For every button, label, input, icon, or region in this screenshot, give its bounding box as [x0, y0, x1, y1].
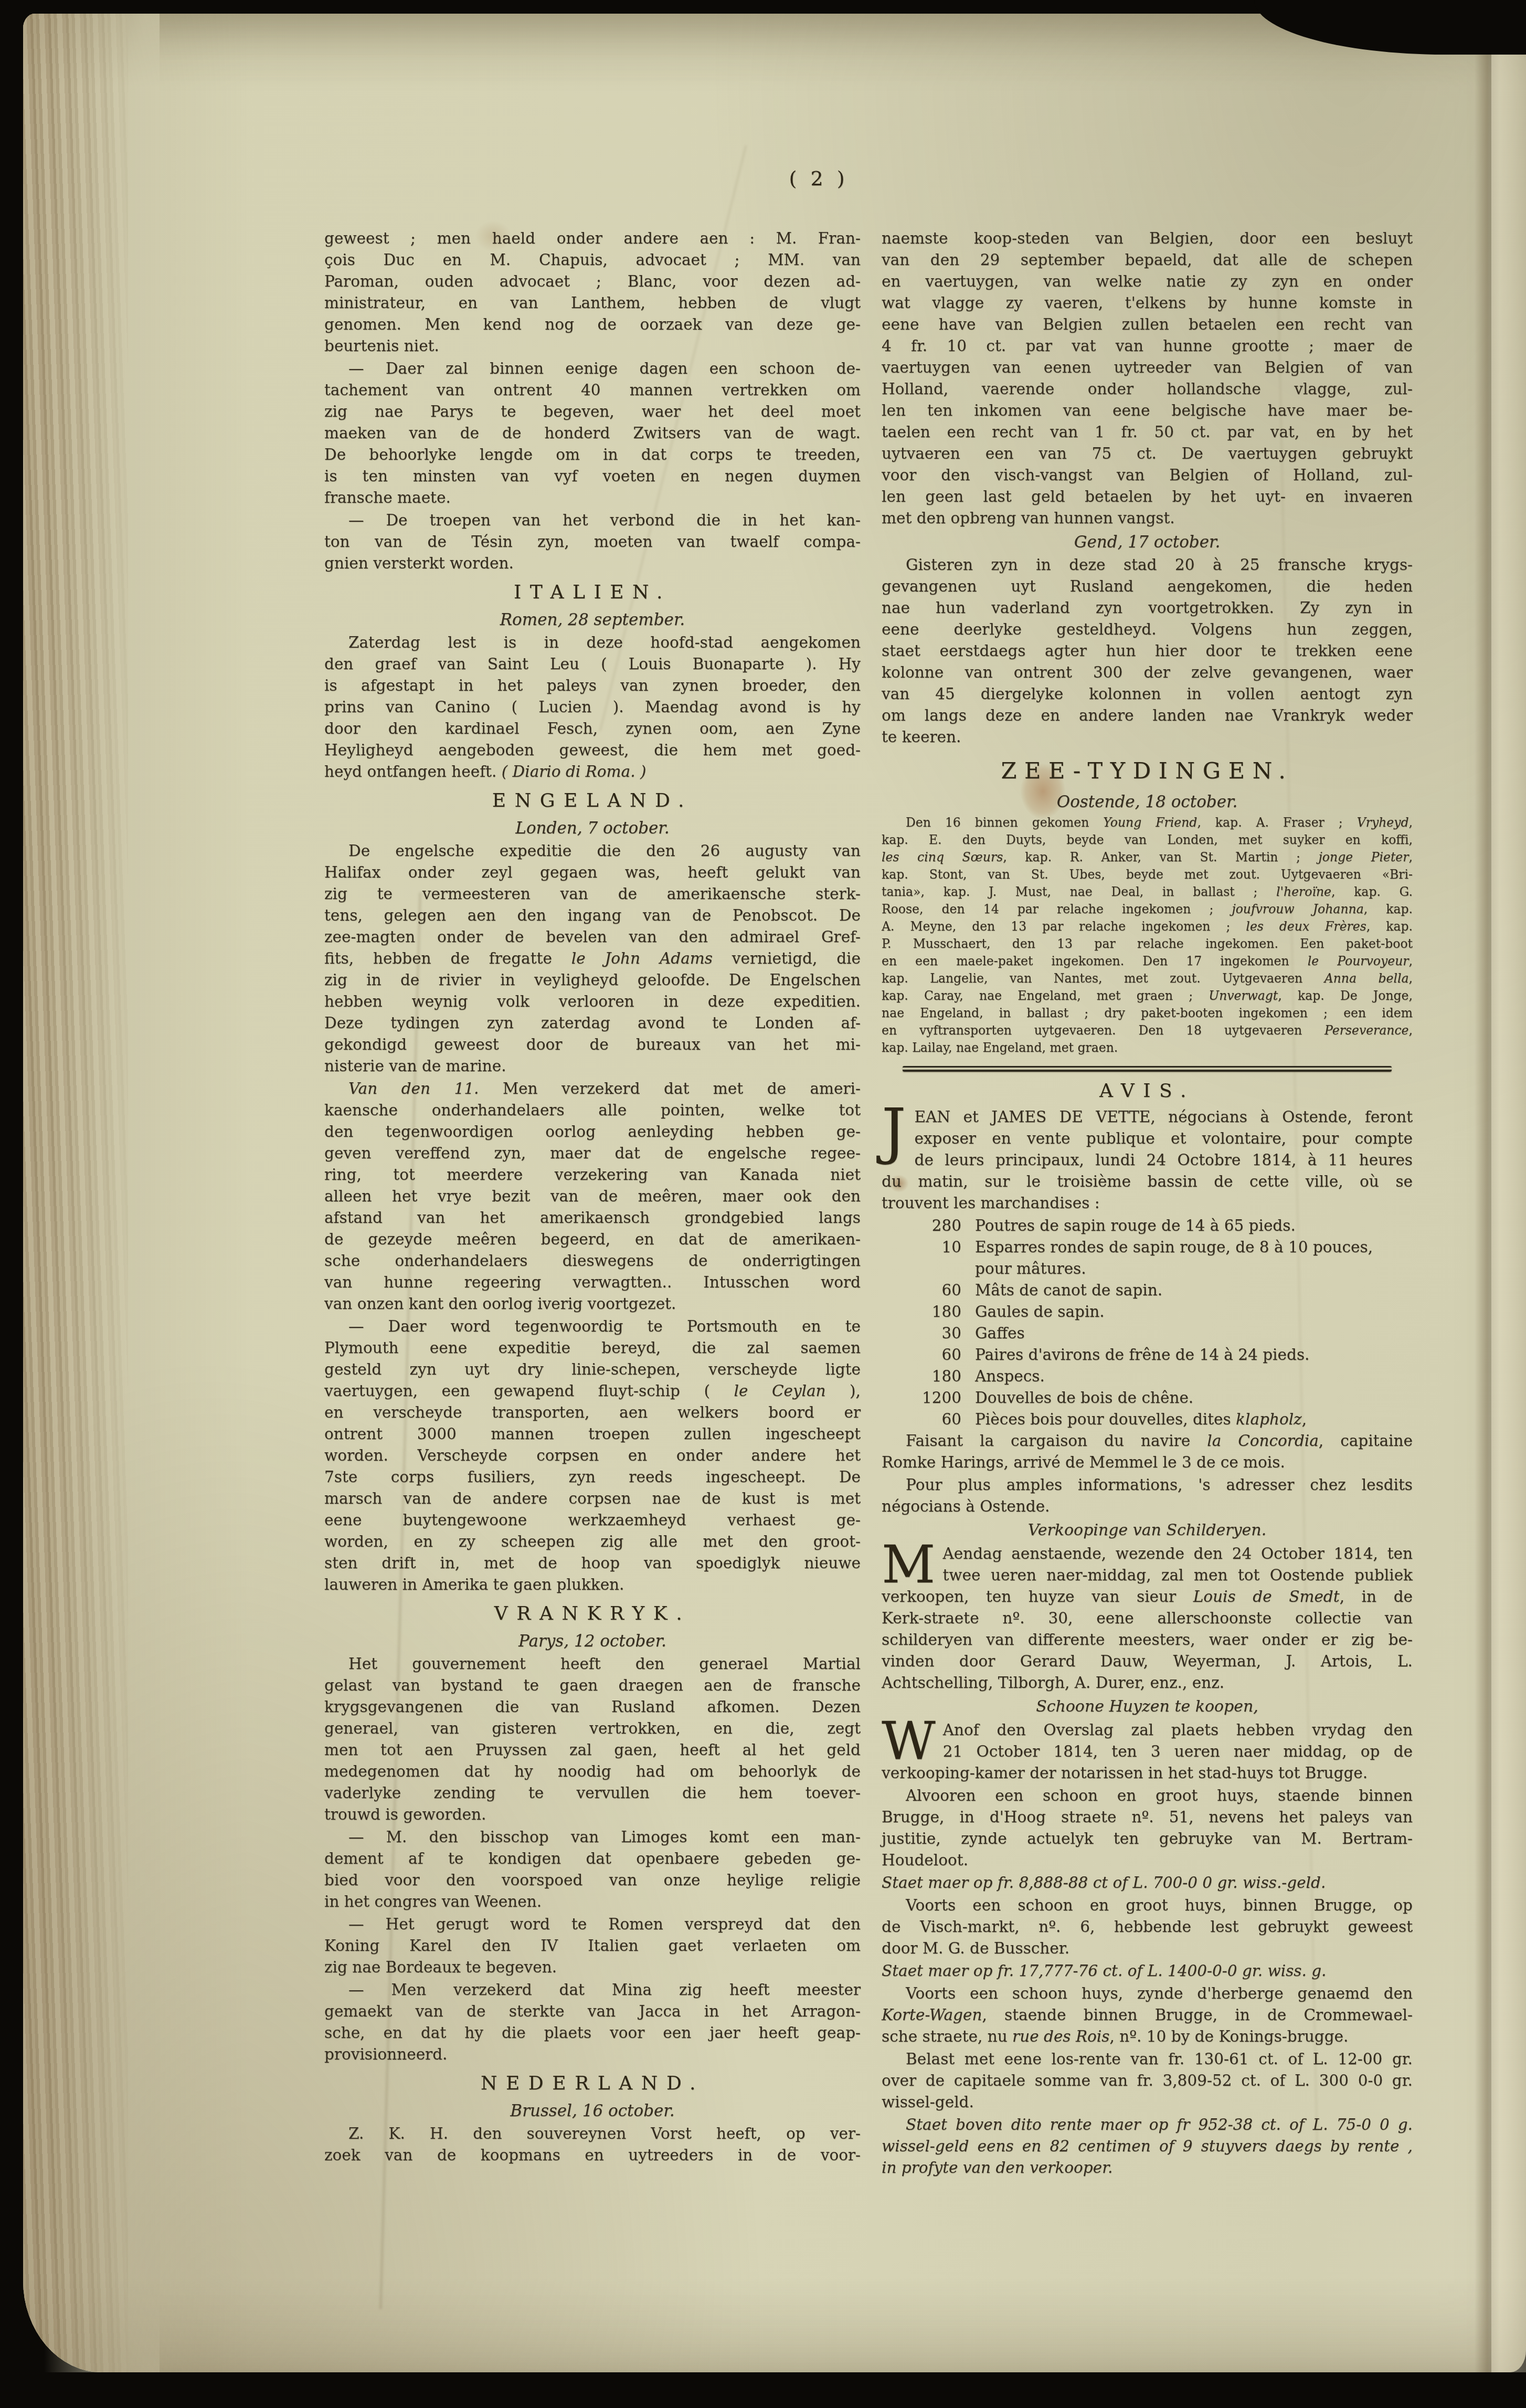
drop-cap: W	[882, 1719, 943, 1761]
paragraph: Z. K. H. den souvereynen Vorst heeft, op…	[324, 2123, 861, 2166]
text-line: EAN et JAMES DE VETTE, négocians à Osten…	[882, 1106, 1413, 1128]
text-line: kap. Lailay, nae Engeland, met graen.	[882, 1039, 1413, 1057]
text-line: Romke Harings, arrivé de Memmel le 3 de …	[882, 1452, 1413, 1473]
text-line: worden. Verscheyde corpsen en onder ande…	[324, 1445, 861, 1466]
item-description: Esparres rondes de sapin rouge, de 8 à 1…	[975, 1237, 1413, 1280]
text-line: len ten inkomen van eene belgische have …	[882, 400, 1413, 421]
paragraph: Van den 11. Men verzekerd dat met de ame…	[324, 1078, 861, 1315]
text-line: — Men verzekerd dat Mina zig heeft meest…	[324, 1979, 861, 2001]
book-edge-fade	[23, 14, 160, 2372]
text-line: ministrateur, en van Lanthem, hebben de …	[324, 292, 861, 314]
item-description: Mâts de canot de sapin.	[975, 1280, 1413, 1301]
text-line: kap. E. den Duyts, beyde van Londen, met…	[882, 831, 1413, 849]
text-line: twee ueren naer-middag, zal men tot Oost…	[882, 1565, 1413, 1586]
text-line: nae hun vaderland zyn voortgetrokken. Zy…	[882, 597, 1413, 619]
text-line: verkoopen, ten huyze van sieur Louis de …	[882, 1586, 1413, 1608]
text-line: is afgestapt in het paleys van zynen bro…	[324, 675, 861, 696]
text-line: — Daer word tegenwoordig te Portsmouth e…	[324, 1316, 861, 1337]
text-line: vaderlyke zending te vervullen die hem t…	[324, 1782, 861, 1804]
text-line: — De troepen van het verbond die in het …	[324, 510, 861, 531]
page-number: ( 2 )	[745, 167, 892, 190]
subsection-heading: Verkoopinge van Schilderyen.	[882, 1518, 1413, 1543]
text-line: de Visch-markt, nº. 6, hebbende lest geb…	[882, 1916, 1413, 1938]
divider-rule	[903, 1066, 1391, 1072]
text-line: De engelsche expeditie die den 26 august…	[324, 840, 861, 862]
text-line: beurtenis niet.	[324, 335, 861, 357]
paragraph: naemste koop-steden van Belgien, door ee…	[882, 228, 1413, 529]
text-line: Staet maer op fr. 17,777-76 ct. of L. 14…	[882, 1960, 1413, 1982]
item-quantity: 60	[882, 1280, 975, 1301]
text-line: generael, van gisteren vertrokken, en di…	[324, 1718, 861, 1739]
text-line: den tegenwoordigen oorlog aenleyding heb…	[324, 1121, 861, 1143]
text-line: sche, en dat hy die plaets voor een jaer…	[324, 2022, 861, 2044]
text-line: Voorts een schoon en groot huys, binnen …	[882, 1895, 1413, 1916]
text-line: staet eerstdaegs agter hun hier door te …	[882, 640, 1413, 662]
item-description: Anspecs.	[975, 1366, 1413, 1387]
text-line: in profyte van den verkooper.	[882, 2157, 1413, 2179]
text-line: en een maele-paket ingekomen. Den 17 ing…	[882, 953, 1413, 970]
text-line: om langs deze en andere landen nae Vrank…	[882, 705, 1413, 726]
text-line: men tot aen Pruyssen zal gaen, heeft al …	[324, 1739, 861, 1761]
paragraph: geweest ; men haeld onder andere aen : M…	[324, 228, 861, 357]
text-line: Holland, vaerende onder hollandsche vlag…	[882, 378, 1413, 400]
dateline: Brussel, 16 october.	[324, 2099, 861, 2123]
section-heading: ENGELAND.	[324, 787, 861, 815]
list-item: 10Esparres rondes de sapin rouge, de 8 à…	[882, 1237, 1413, 1280]
text-line: tania», kap. J. Must, nae Deal, in balla…	[882, 883, 1413, 901]
text-line: prins van Canino ( Lucien ). Maendag avo…	[324, 696, 861, 718]
section-heading: ZEE-TYDINGEN.	[882, 754, 1413, 788]
paragraph: Het gouvernement heeft den generael Mart…	[324, 1653, 861, 1825]
paragraph: Faisant la cargaison du navire la Concor…	[882, 1430, 1413, 1473]
adjacent-page-sliver	[1491, 14, 1526, 2372]
text-line: — Daer zal binnen eenige dagen een schoo…	[324, 358, 861, 379]
text-line: zee-magten onder de bevelen van den admi…	[324, 926, 861, 948]
section-heading: AVIS.	[882, 1077, 1413, 1105]
paragraph: Voorts een schoon en groot huys, binnen …	[882, 1895, 1413, 1959]
list-item: 180Anspecs.	[882, 1366, 1413, 1387]
paragraph: Staet maer op fr. 8,888-88 ct of L. 700-…	[882, 1872, 1413, 1894]
text-line: exposer en vente publique et volontaire,…	[882, 1128, 1413, 1149]
text-line: maeken van de de honderd Zwitsers van de…	[324, 423, 861, 444]
paragraph: JEAN et JAMES DE VETTE, négocians à Oste…	[882, 1106, 1413, 1214]
text-line: Z. K. H. den souvereynen Vorst heeft, op…	[324, 2123, 861, 2145]
dateline: Londen, 7 october.	[324, 816, 861, 840]
text-line: Voorts een schoon huys, zynde d'herberge…	[882, 1983, 1413, 2004]
text-line: zig nae Bordeaux te begeven.	[324, 1957, 861, 1978]
text-line: Achtschelling, Tilborgh, A. Durer, enz.,…	[882, 1672, 1413, 1694]
paragraph: Gisteren zyn in deze stad 20 à 25 fransc…	[882, 554, 1413, 748]
text-line: dement af te kondigen dat openbaere gebe…	[324, 1848, 861, 1870]
list-item: 60Paires d'avirons de frêne de 14 à 24 p…	[882, 1344, 1413, 1366]
item-quantity: 180	[882, 1366, 975, 1387]
text-line: lauweren in Amerika te gaen plukken.	[324, 1574, 861, 1596]
list-item: 30Gaffes	[882, 1323, 1413, 1344]
text-line: gemaekt van de sterkte van Jacca in het …	[324, 2001, 861, 2022]
text-line: gevangenen uyt Rusland aengekomen, die h…	[882, 576, 1413, 597]
item-description: Douvelles de bois de chêne.	[975, 1387, 1413, 1409]
item-quantity: 280	[882, 1215, 975, 1237]
subsection-heading: Schoone Huyzen te koopen,	[882, 1695, 1413, 1719]
list-item: 280Poutres de sapin rouge de 14 à 65 pie…	[882, 1215, 1413, 1237]
text-line: over de capitaele somme van fr. 3,809-52…	[882, 2070, 1413, 2092]
text-line: Het gouvernement heeft den generael Mart…	[324, 1653, 861, 1675]
list-item: 180Gaules de sapin.	[882, 1301, 1413, 1323]
text-line: fits, hebben de fregatte le John Adams v…	[324, 948, 861, 969]
text-line: uytvaeren een van 75 ct. De vaertuygen g…	[882, 443, 1413, 464]
book-page-edges	[23, 14, 128, 2372]
text-line: sten drift in, met de hoop van spoedigly…	[324, 1552, 861, 1574]
drop-cap: J	[882, 1106, 915, 1156]
text-line: taelen een recht van 1 fr. 50 ct. par va…	[882, 421, 1413, 443]
text-line: Brugge, in d'Hoog straete nº. 51, nevens…	[882, 1807, 1413, 1828]
text-line: zig te vermeesteren van de amerikaensche…	[324, 883, 861, 905]
text-line: vaertuygen, een gewapend fluyt-schip ( l…	[324, 1380, 861, 1402]
text-line: sche straete, nu rue des Rois, nº. 10 by…	[882, 2026, 1413, 2047]
paragraph: Den 16 binnen gekomen Young Friend, kap.…	[882, 814, 1413, 1057]
paragraph: — De troepen van het verbond die in het …	[324, 510, 861, 574]
text-line: verkooping-kamer der notarissen in het s…	[882, 1762, 1413, 1784]
paragraph: De engelsche expeditie die den 26 august…	[324, 840, 861, 1077]
text-line: Aendag aenstaende, wezende den 24 Octobe…	[882, 1543, 1413, 1565]
paragraph: Pour plus amples informations, 's adress…	[882, 1474, 1413, 1517]
paragraph: MAendag aenstaende, wezende den 24 Octob…	[882, 1543, 1413, 1694]
paragraph: Staet maer op fr. 17,777-76 ct. of L. 14…	[882, 1960, 1413, 1982]
text-line: naemste koop-steden van Belgien, door ee…	[882, 228, 1413, 249]
text-line: Roose, den 14 par relache ingekomen ; jo…	[882, 901, 1413, 918]
text-line: 4 fr. 10 ct. par vat van hunne grootte ;…	[882, 335, 1413, 357]
text-line: A. Meyne, den 13 par relache ingekomen ;…	[882, 918, 1413, 935]
paragraph: — M. den bisschop van Limoges komt een m…	[324, 1826, 861, 1913]
text-line: tachement van ontrent 40 mannen vertrekk…	[324, 379, 861, 401]
drop-cap: M	[882, 1543, 942, 1585]
text-line: kap. Stont, van St. Ubes, beyde met zout…	[882, 866, 1413, 883]
text-line: Plymouth eene expeditie bereyd, die zal …	[324, 1337, 861, 1359]
text-line: en verscheyde transporten, aen welkers b…	[324, 1402, 861, 1423]
text-line: krygsgevangenen die van Rusland afkomen.…	[324, 1696, 861, 1718]
text-line: de leurs principaux, lundi 24 Octobre 18…	[882, 1149, 1413, 1171]
item-quantity: 30	[882, 1323, 975, 1344]
text-line: te keeren.	[882, 726, 1413, 748]
paragraph: WAnof den Overslag zal plaets hebben vry…	[882, 1719, 1413, 1784]
text-line: geweest ; men haeld onder andere aen : M…	[324, 228, 861, 249]
text-line: De behoorlyke lengde om in dat corps te …	[324, 444, 861, 466]
text-line: heyd ontfangen heeft. ( Diario di Roma. …	[324, 761, 861, 783]
section-heading: NEDERLAND.	[324, 2069, 861, 2098]
text-line: — Het gerugt word te Romen verspreyd dat…	[324, 1914, 861, 1935]
text-line: 21 October 1814, ten 3 ueren naer middag…	[882, 1741, 1413, 1762]
text-line: wissel-geld.	[882, 2092, 1413, 2113]
text-line: Van den 11. Men verzekerd dat met de ame…	[324, 1078, 861, 1100]
text-line: len geen last geld betaelen by het uyt- …	[882, 486, 1413, 508]
text-line: gelast van bystand te gaen draegen aen d…	[324, 1675, 861, 1696]
text-line: sche onderhandelaers dieswegens de onder…	[324, 1250, 861, 1272]
text-line: gekondigd geweest door de bureaux van he…	[324, 1034, 861, 1055]
text-line: Deze tydingen zyn zaterdag avond te Lond…	[324, 1012, 861, 1034]
text-line: hebben weynig volk verlooren in deze exp…	[324, 991, 861, 1012]
item-quantity: 60	[882, 1409, 975, 1430]
text-line: — M. den bisschop van Limoges komt een m…	[324, 1826, 861, 1848]
item-description: Paires d'avirons de frêne de 14 à 24 pie…	[975, 1344, 1413, 1366]
text-line: les cinq Sœurs, kap. R. Anker, van St. M…	[882, 849, 1413, 866]
page-gutter-crease	[1475, 14, 1502, 2372]
text-line: nisterie van de marine.	[324, 1055, 861, 1077]
text-line: zoek van de koopmans en uytreeders in de…	[324, 2145, 861, 2166]
text-line: nae Engeland, in ballast ; dry paket-boo…	[882, 1005, 1413, 1022]
left-column: geweest ; men haeld onder andere aen : M…	[324, 228, 861, 2167]
text-line: ton van de Tésin zyn, moeten van twaelf …	[324, 531, 861, 553]
paragraph: — Men verzekerd dat Mina zig heeft meest…	[324, 1979, 861, 2065]
text-line: négocians à Ostende.	[882, 1496, 1413, 1517]
item-description: Poutres de sapin rouge de 14 à 65 pieds.	[975, 1215, 1413, 1237]
section-heading: ITALIEN.	[324, 578, 861, 607]
text-line: Anof den Overslag zal plaets hebben vryd…	[882, 1719, 1413, 1741]
text-line: Koning Karel den IV Italien gaet verlaet…	[324, 1935, 861, 1957]
text-line: Gisteren zyn in deze stad 20 à 25 fransc…	[882, 554, 1413, 576]
dateline: Parys, 12 october.	[324, 1629, 861, 1653]
text-line: door den kardinael Fesch, zynen oom, aen…	[324, 718, 861, 740]
paragraph: Staet boven dito rente maer op fr 952-38…	[882, 2114, 1413, 2179]
text-line: kap. Caray, nae Engeland, met graen ; Un…	[882, 987, 1413, 1005]
item-description: Gaffes	[975, 1323, 1413, 1344]
section-heading: VRANKRYK.	[324, 1600, 861, 1628]
text-line: Belast met eene los-rente van fr. 130-61…	[882, 2048, 1413, 2070]
text-line: Faisant la cargaison du navire la Concor…	[882, 1430, 1413, 1452]
text-line: Kerk-straete nº. 30, eene allerschoonste…	[882, 1608, 1413, 1629]
text-line: trouvent les marchandises :	[882, 1192, 1413, 1214]
text-line: en vyftransporten uytgevaeren. Den 18 uy…	[882, 1022, 1413, 1039]
list-item: 60Mâts de canot de sapin.	[882, 1280, 1413, 1301]
list-item: 1200Douvelles de bois de chêne.	[882, 1387, 1413, 1409]
item-quantity: 180	[882, 1301, 975, 1323]
text-line: is ten minsten van vyf voeten en negen d…	[324, 466, 861, 487]
paragraph: — Daer zal binnen eenige dagen een schoo…	[324, 358, 861, 509]
right-column: naemste koop-steden van Belgien, door ee…	[882, 228, 1413, 2180]
text-line: Houdeloot.	[882, 1850, 1413, 1871]
auction-item-list: 280Poutres de sapin rouge de 14 à 65 pie…	[882, 1215, 1413, 1430]
text-line: worden, en zy scheepen zig alle met den …	[324, 1531, 861, 1552]
text-line: schilderyen van differente meesters, wae…	[882, 1629, 1413, 1651]
text-line: van 45 diergelyke kolonnen in vollen aen…	[882, 683, 1413, 705]
text-line: met den opbreng van hunnen vangst.	[882, 508, 1413, 529]
text-line: du matin, sur le troisième bassin de cet…	[882, 1171, 1413, 1192]
text-line: vinden door Gerard Dauw, Weyerman, J. Ar…	[882, 1651, 1413, 1672]
text-line: Korte-Wagen, staende binnen Brugge, in d…	[882, 2004, 1413, 2026]
text-line: Halifax onder zeyl gegaen was, heeft gel…	[324, 862, 861, 883]
text-line: zig in de rivier in veyligheyd geloofde.…	[324, 969, 861, 991]
text-line: wat vlagge zy vaeren, t'elkens by hunne …	[882, 292, 1413, 314]
text-line: geven vereffend zyn, maer dat de engelsc…	[324, 1143, 861, 1164]
text-line: alleen het vrye bezit van de meêren, mae…	[324, 1186, 861, 1207]
item-quantity: 60	[882, 1344, 975, 1366]
text-line: kaensche onderhandelaers alle pointen, w…	[324, 1100, 861, 1121]
list-item: 60Pièces bois pour douvelles, dites klap…	[882, 1409, 1413, 1430]
text-line: eene buytengewoone werkzaemheyd verhaest…	[324, 1509, 861, 1531]
text-line: bied voor den voorspoed van onze heylige…	[324, 1870, 861, 1891]
paragraph: Zaterdag lest is in deze hoofd-stad aeng…	[324, 632, 861, 783]
item-description: Pièces bois pour douvelles, dites klapho…	[975, 1409, 1413, 1430]
item-quantity: 1200	[882, 1387, 975, 1409]
text-line: Pour plus amples informations, 's adress…	[882, 1474, 1413, 1496]
text-line: Heyligheyd aengeboden geweest, die hem m…	[324, 740, 861, 761]
paragraph: Voorts een schoon huys, zynde d'herberge…	[882, 1983, 1413, 2047]
text-line: fransche maete.	[324, 487, 861, 509]
text-line: van onzen kant den oorlog iverig voortge…	[324, 1293, 861, 1315]
text-line: eene have van Belgien zullen betaelen ee…	[882, 314, 1413, 335]
text-line: Staet boven dito rente maer op fr 952-38…	[882, 2114, 1413, 2136]
text-line: gesteld zyn uyt dry linie-schepen, versc…	[324, 1359, 861, 1380]
text-line: provisionneerd.	[324, 2044, 861, 2065]
dateline: Romen, 28 september.	[324, 608, 861, 632]
paragraph: — Het gerugt word te Romen verspreyd dat…	[324, 1914, 861, 1978]
text-line: Staet maer op fr. 8,888-88 ct of L. 700-…	[882, 1872, 1413, 1894]
text-line: tens, gelegen aen den ingang van de Peno…	[324, 905, 861, 926]
text-line: P. Musschaert, den 13 par relache ingeko…	[882, 935, 1413, 953]
text-line: medegenomen dat hy noodig had om behoorl…	[324, 1761, 861, 1782]
scan-background: ( 2 ) geweest ; men haeld onder andere a…	[0, 0, 1526, 2408]
text-line: Alvooren een schoon en groot huys, staen…	[882, 1785, 1413, 1807]
text-line: afstand van het amerikaensch grondgebied…	[324, 1207, 861, 1229]
paragraph: — Daer word tegenwoordig te Portsmouth e…	[324, 1316, 861, 1596]
text-line: en vaertuygen, van welke natie zy zyn en…	[882, 271, 1413, 292]
text-line: gnien versterkt worden.	[324, 553, 861, 574]
dateline: Oostende, 18 october.	[882, 790, 1413, 814]
text-line: den graef van Saint Leu ( Louis Buonapar…	[324, 653, 861, 675]
paragraph: Alvooren een schoon en groot huys, staen…	[882, 1785, 1413, 1871]
text-line: voor den visch-vangst van Belgien of Hol…	[882, 464, 1413, 486]
text-line: eene deerlyke gesteldheyd. Volgens hun z…	[882, 619, 1413, 640]
text-line: kolonne van ontrent 300 der zelve gevang…	[882, 662, 1413, 683]
text-line: kap. Langelie, van Nantes, met zout. Uyt…	[882, 970, 1413, 987]
text-line: zig nae Parys te begeven, waer het deel …	[324, 401, 861, 423]
dateline: Gend, 17 october.	[882, 530, 1413, 554]
text-line: 7ste corps fusiliers, zyn reeds ingesche…	[324, 1466, 861, 1488]
text-line: de gezeyde meêren begeerd, en dat de ame…	[324, 1229, 861, 1250]
text-line: Den 16 binnen gekomen Young Friend, kap.…	[882, 814, 1413, 831]
text-line: van hunne regeering verwagtten.. Intussc…	[324, 1272, 861, 1293]
text-line: Zaterdag lest is in deze hoofd-stad aeng…	[324, 632, 861, 653]
paragraph: Belast met eene los-rente van fr. 130-61…	[882, 2048, 1413, 2113]
text-line: door M. G. de Busscher.	[882, 1938, 1413, 1959]
text-line: vaertuygen van eenen uytreeder van Belgi…	[882, 357, 1413, 378]
item-description: Gaules de sapin.	[975, 1301, 1413, 1323]
text-line: trouwd is geworden.	[324, 1804, 861, 1825]
text-line: marsch van de andere corpsen nae de kust…	[324, 1488, 861, 1509]
text-line: ring, tot meerdere verzekering van Kanad…	[324, 1164, 861, 1186]
text-line: Paroman, ouden advocaet ; Blanc, voor de…	[324, 271, 861, 292]
text-line: ontrent 3000 mannen troepen zullen inges…	[324, 1423, 861, 1445]
item-quantity: 10	[882, 1237, 975, 1280]
text-line: in het congres van Weenen.	[324, 1891, 861, 1913]
text-line: çois Duc en M. Chapuis, advocaet ; MM. v…	[324, 249, 861, 271]
text-line: wissel-geld eens en 82 centimen of 9 stu…	[882, 2136, 1413, 2157]
text-line: justitie, zynde actuelyk ten gebruyke va…	[882, 1828, 1413, 1850]
text-line: genomen. Men kend nog de oorzaek van dez…	[324, 314, 861, 335]
text-line: van den 29 september bepaeld, dat alle d…	[882, 249, 1413, 271]
